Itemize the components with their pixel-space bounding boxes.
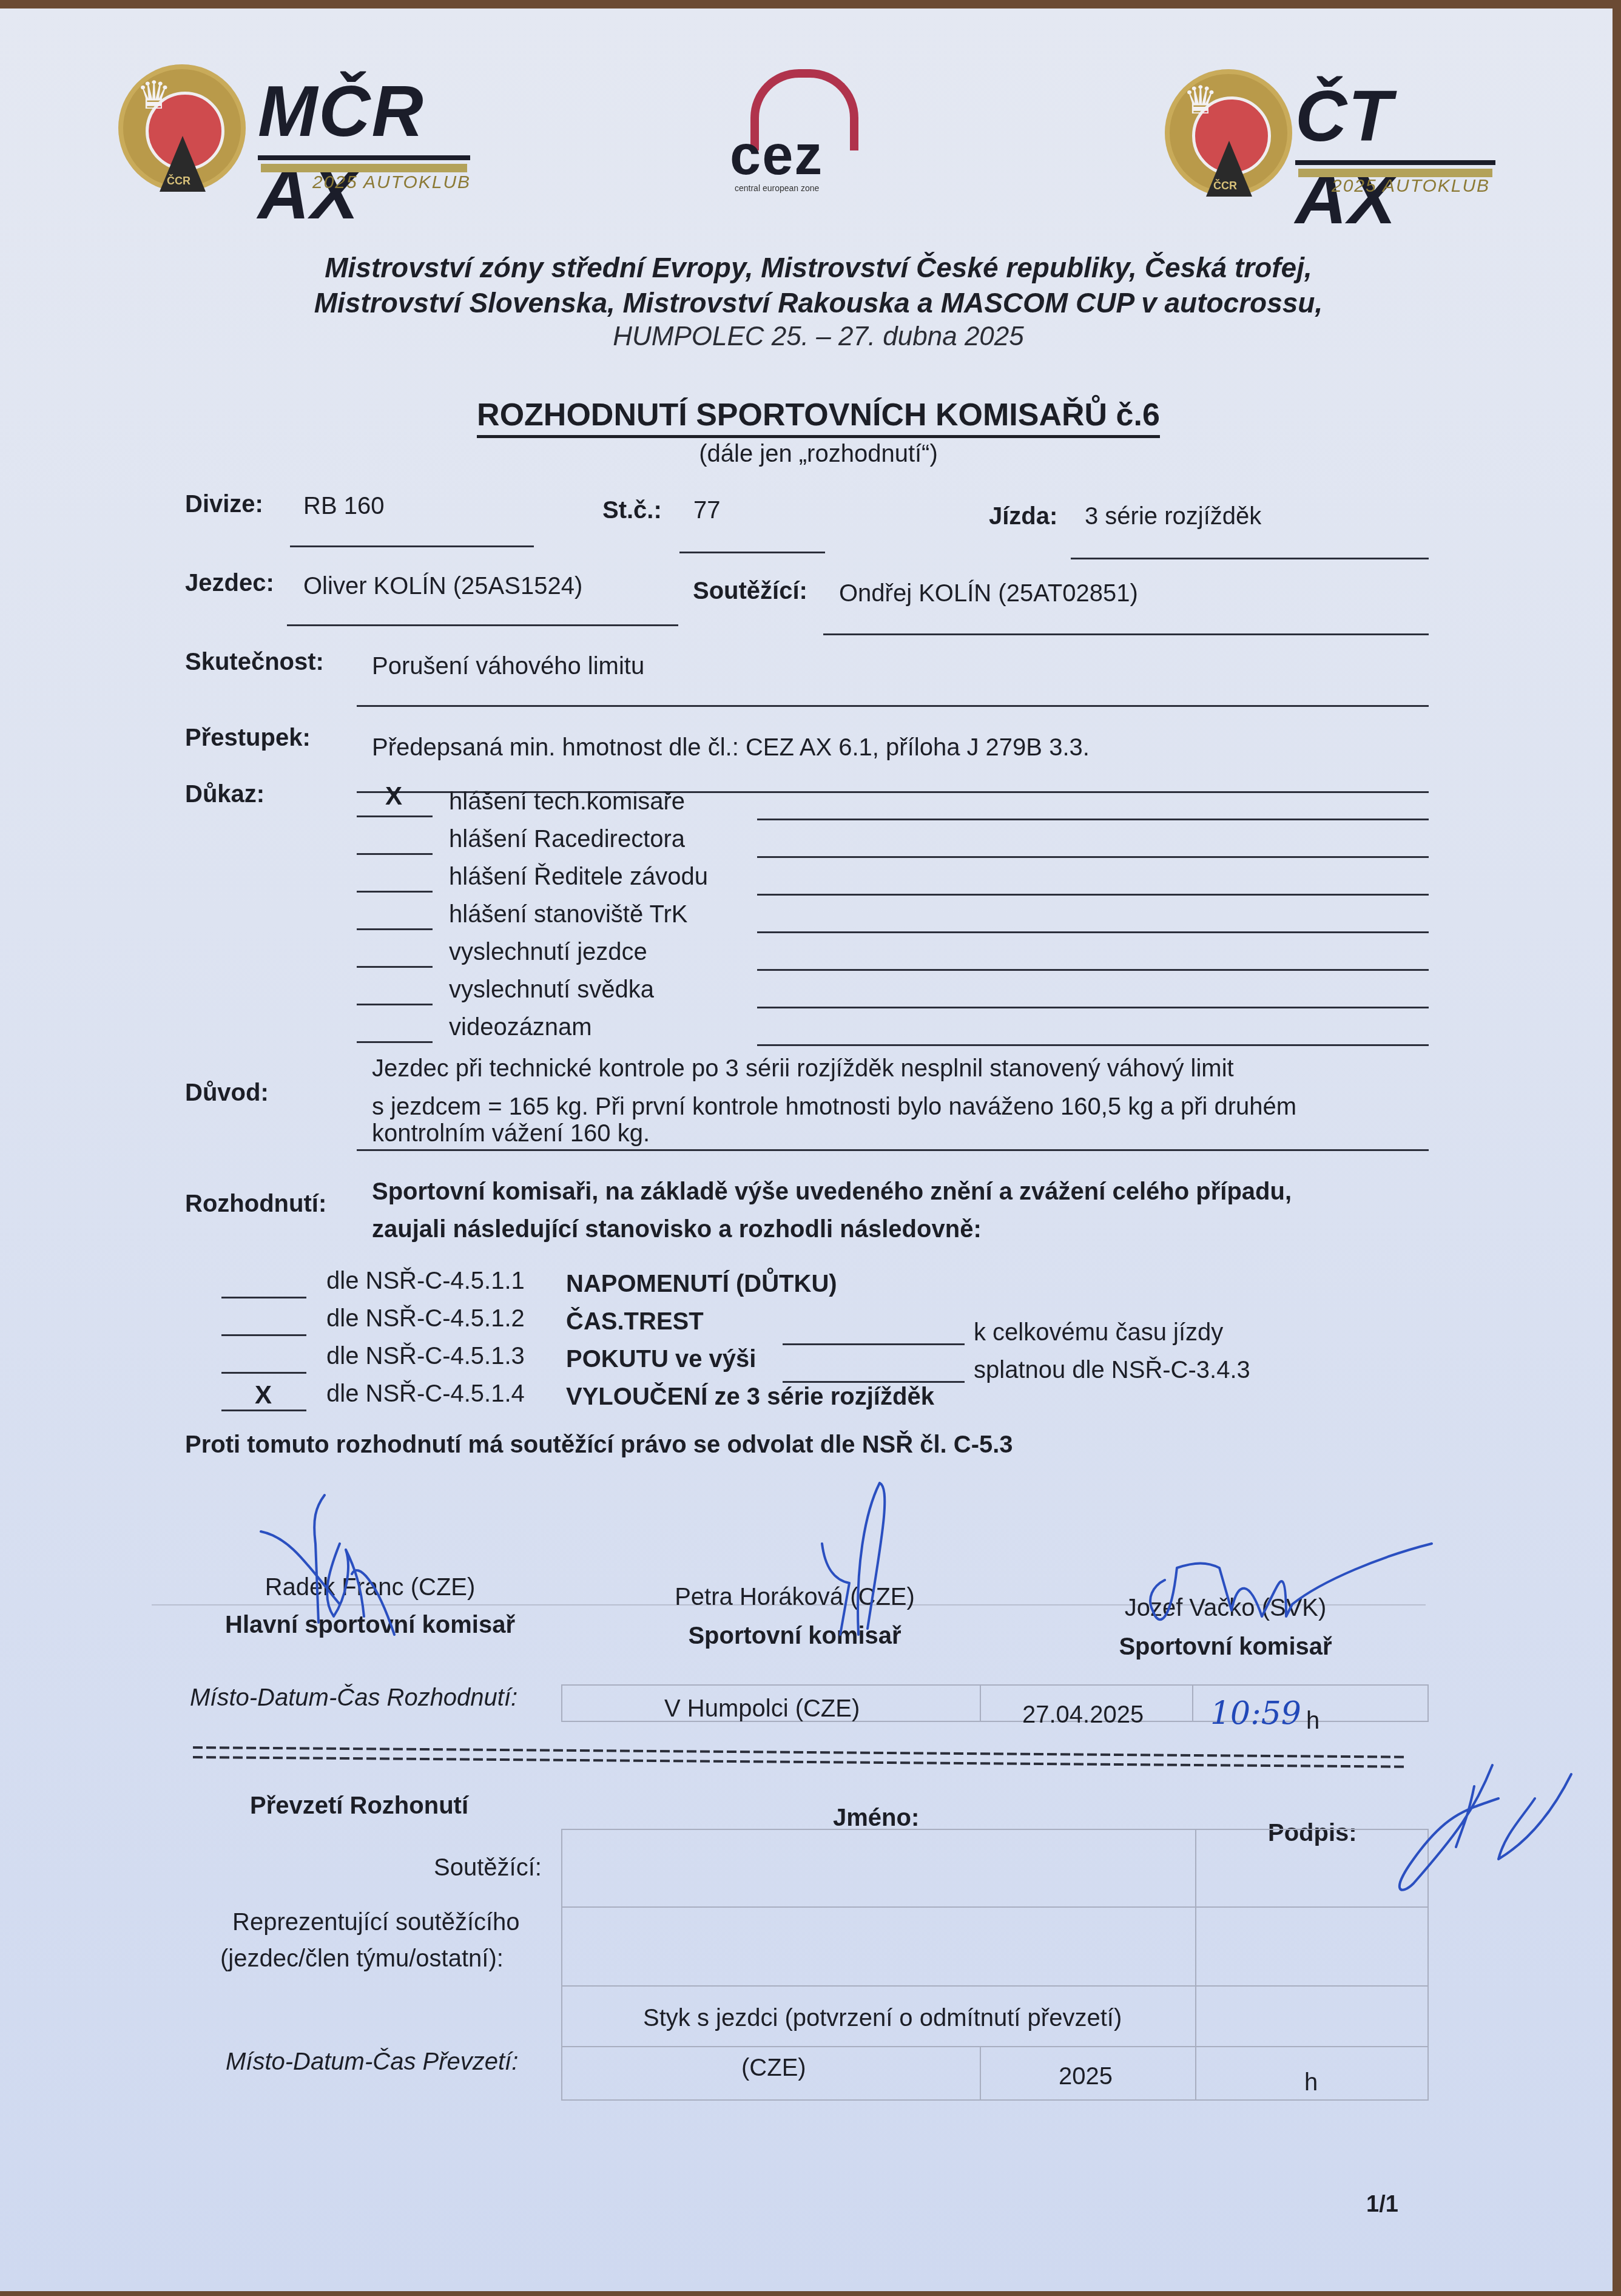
decision-penalty: ČAS.TREST [566, 1308, 704, 1335]
division-value[interactable]: RB 160 [303, 493, 384, 520]
evidence-item-label: hlášení Racedirectora [449, 826, 685, 853]
reason-line-1: Jezdec při technické kontrole po 3 sérii… [372, 1055, 1234, 1082]
reason-line-3: kontrolním vážení 160 kg. [372, 1120, 650, 1147]
decision-date[interactable]: 27.04.2025 [1022, 1701, 1144, 1729]
competitor-value[interactable]: Ondřej KOLÍN (25AT02851) [839, 580, 1138, 607]
receipt-rep-label-1: Reprezentující soutěžícího [232, 1909, 520, 1936]
time-penalty-note: k celkovému času jízdy [974, 1319, 1223, 1346]
driver-label: Jezdec: [185, 570, 274, 597]
decision-penalty: VYLOUČENÍ ze 3 série rozjížděk [566, 1383, 934, 1411]
decision-penalty: POKUTU ve výši [566, 1346, 756, 1373]
receipt-time-unit: h [1304, 2069, 1318, 2096]
autoklub-badge-icon: ♛ ČCR [1165, 69, 1292, 197]
decision-time-unit: h [1306, 1707, 1319, 1735]
receipt-competitor-label: Soutěžící: [434, 1854, 542, 1882]
receipt-place-label: Místo-Datum-Čas Převzetí: [226, 2048, 518, 2076]
decision-intro-2: zaujali následující stanovisko a rozhodl… [372, 1216, 982, 1243]
start-number-label: St.č.: [602, 497, 662, 524]
decision-place-label: Místo-Datum-Čas Rozhodnutí: [190, 1684, 517, 1712]
cez-logo: cez central european zone [725, 69, 871, 191]
decision-place[interactable]: V Humpolci (CZE) [664, 1695, 860, 1723]
receipt-rep-signature-field[interactable] [1198, 1909, 1426, 1983]
page-title: ROZHODNUTÍ SPORTOVNÍCH KOMISAŘŮ č.6 [12, 397, 1621, 433]
decision-penalty: NAPOMENUTÍ (DŮTKU) [566, 1271, 837, 1298]
receipt-place[interactable]: (CZE) [741, 2055, 806, 2082]
decision-checkbox[interactable]: X [255, 1380, 272, 1410]
signature-horakova [807, 1477, 904, 1659]
offence-label: Přestupek: [185, 724, 311, 752]
mcr-ax-logo: ♛ ČCR MČR AX 2025 AUTOKLUB [118, 64, 494, 198]
decision-intro-1: Sportovní komisaři, na základě výše uved… [372, 1178, 1292, 1206]
fact-label: Skutečnost: [185, 649, 324, 676]
evidence-item-label: vyslechnutí svědka [449, 976, 654, 1004]
offence-value[interactable]: Předepsaná min. hmotnost dle čl.: CEZ AX… [372, 734, 1090, 761]
document-page: ♛ ČCR MČR AX 2025 AUTOKLUB cez central e… [0, 8, 1613, 2291]
appeal-notice: Proti tomuto rozhodnutí má soutěžící prá… [185, 1431, 1013, 1459]
reason-label: Důvod: [185, 1079, 269, 1107]
decision-rule: dle NSŘ-C-4.5.1.1 [326, 1268, 525, 1295]
reason-line-2: s jezdcem = 165 kg. Při první kontrole h… [372, 1093, 1296, 1121]
receipt-rep-name-field[interactable] [564, 1909, 1192, 1983]
fine-payment-note: splatnou dle NSŘ-C-3.4.3 [974, 1357, 1250, 1384]
receipt-title: Převzetí Rozhonutí [250, 1792, 468, 1820]
evidence-item-label: hlášení Ředitele závodu [449, 863, 708, 891]
decision-label: Rozhodnutí: [185, 1190, 326, 1218]
ct-ax-logo: ♛ ČCR ČT AX 2025 AUTOKLUB [1165, 69, 1505, 203]
separator [193, 1746, 1406, 1768]
event-line-2: Mistrovství Slovenska, Mistrovství Rakou… [12, 286, 1621, 319]
receipt-name-header: Jméno: [833, 1805, 919, 1832]
signatory-role-2: Sportovní komisař [625, 1622, 965, 1650]
evidence-item-label: hlášení tech.komisaře [449, 788, 685, 815]
ride-label: Jízda: [989, 503, 1057, 530]
signature-receipt [1353, 1762, 1620, 1896]
division-label: Divize: [185, 491, 263, 518]
evidence-item-label: hlášení stanoviště TrK [449, 901, 688, 928]
decision-time-handwritten[interactable]: 10:59 [1210, 1695, 1301, 1732]
page-subtitle: (dále jen „rozhodnutí“) [12, 441, 1621, 468]
ride-value[interactable]: 3 série rozjížděk [1085, 503, 1261, 530]
event-line-1: Mistrovství zóny střední Evropy, Mistrov… [12, 251, 1621, 284]
evidence-checkbox[interactable]: X [385, 782, 402, 811]
competitor-label: Soutěžící: [693, 578, 807, 605]
decision-rule: dle NSŘ-C-4.5.1.3 [326, 1343, 525, 1370]
fact-value[interactable]: Porušení váhového limitu [372, 653, 644, 680]
driver-value[interactable]: Oliver KOLÍN (25AS1524) [303, 573, 582, 600]
decision-rule: dle NSŘ-C-4.5.1.4 [326, 1380, 525, 1408]
signatory-name-2: Petra Horáková (CZE) [625, 1584, 965, 1611]
receipt-year[interactable]: 2025 [1059, 2063, 1113, 2090]
start-number-value[interactable]: 77 [693, 497, 721, 524]
page-number: 1/1 [1366, 2192, 1398, 2218]
autoklub-badge-icon: ♛ ČCR [118, 64, 246, 192]
evidence-item-label: vyslechnutí jezdce [449, 939, 647, 966]
signature-franc [255, 1483, 437, 1641]
evidence-item-label: videozáznam [449, 1014, 592, 1041]
decision-rule: dle NSŘ-C-4.5.1.2 [326, 1305, 525, 1332]
event-place-date: HUMPOLEC 25. – 27. dubna 2025 [12, 322, 1621, 352]
receipt-competitor-name-field[interactable] [564, 1832, 1192, 1905]
signature-vacko [1141, 1544, 1456, 1653]
evidence-label: Důkaz: [185, 781, 265, 808]
receipt-contact-note: Styk s jezdci (potvrzení o odmítnutí pře… [643, 2005, 1122, 2032]
receipt-rep-label-2: (jezdec/člen týmu/ostatní): [220, 1945, 504, 1973]
